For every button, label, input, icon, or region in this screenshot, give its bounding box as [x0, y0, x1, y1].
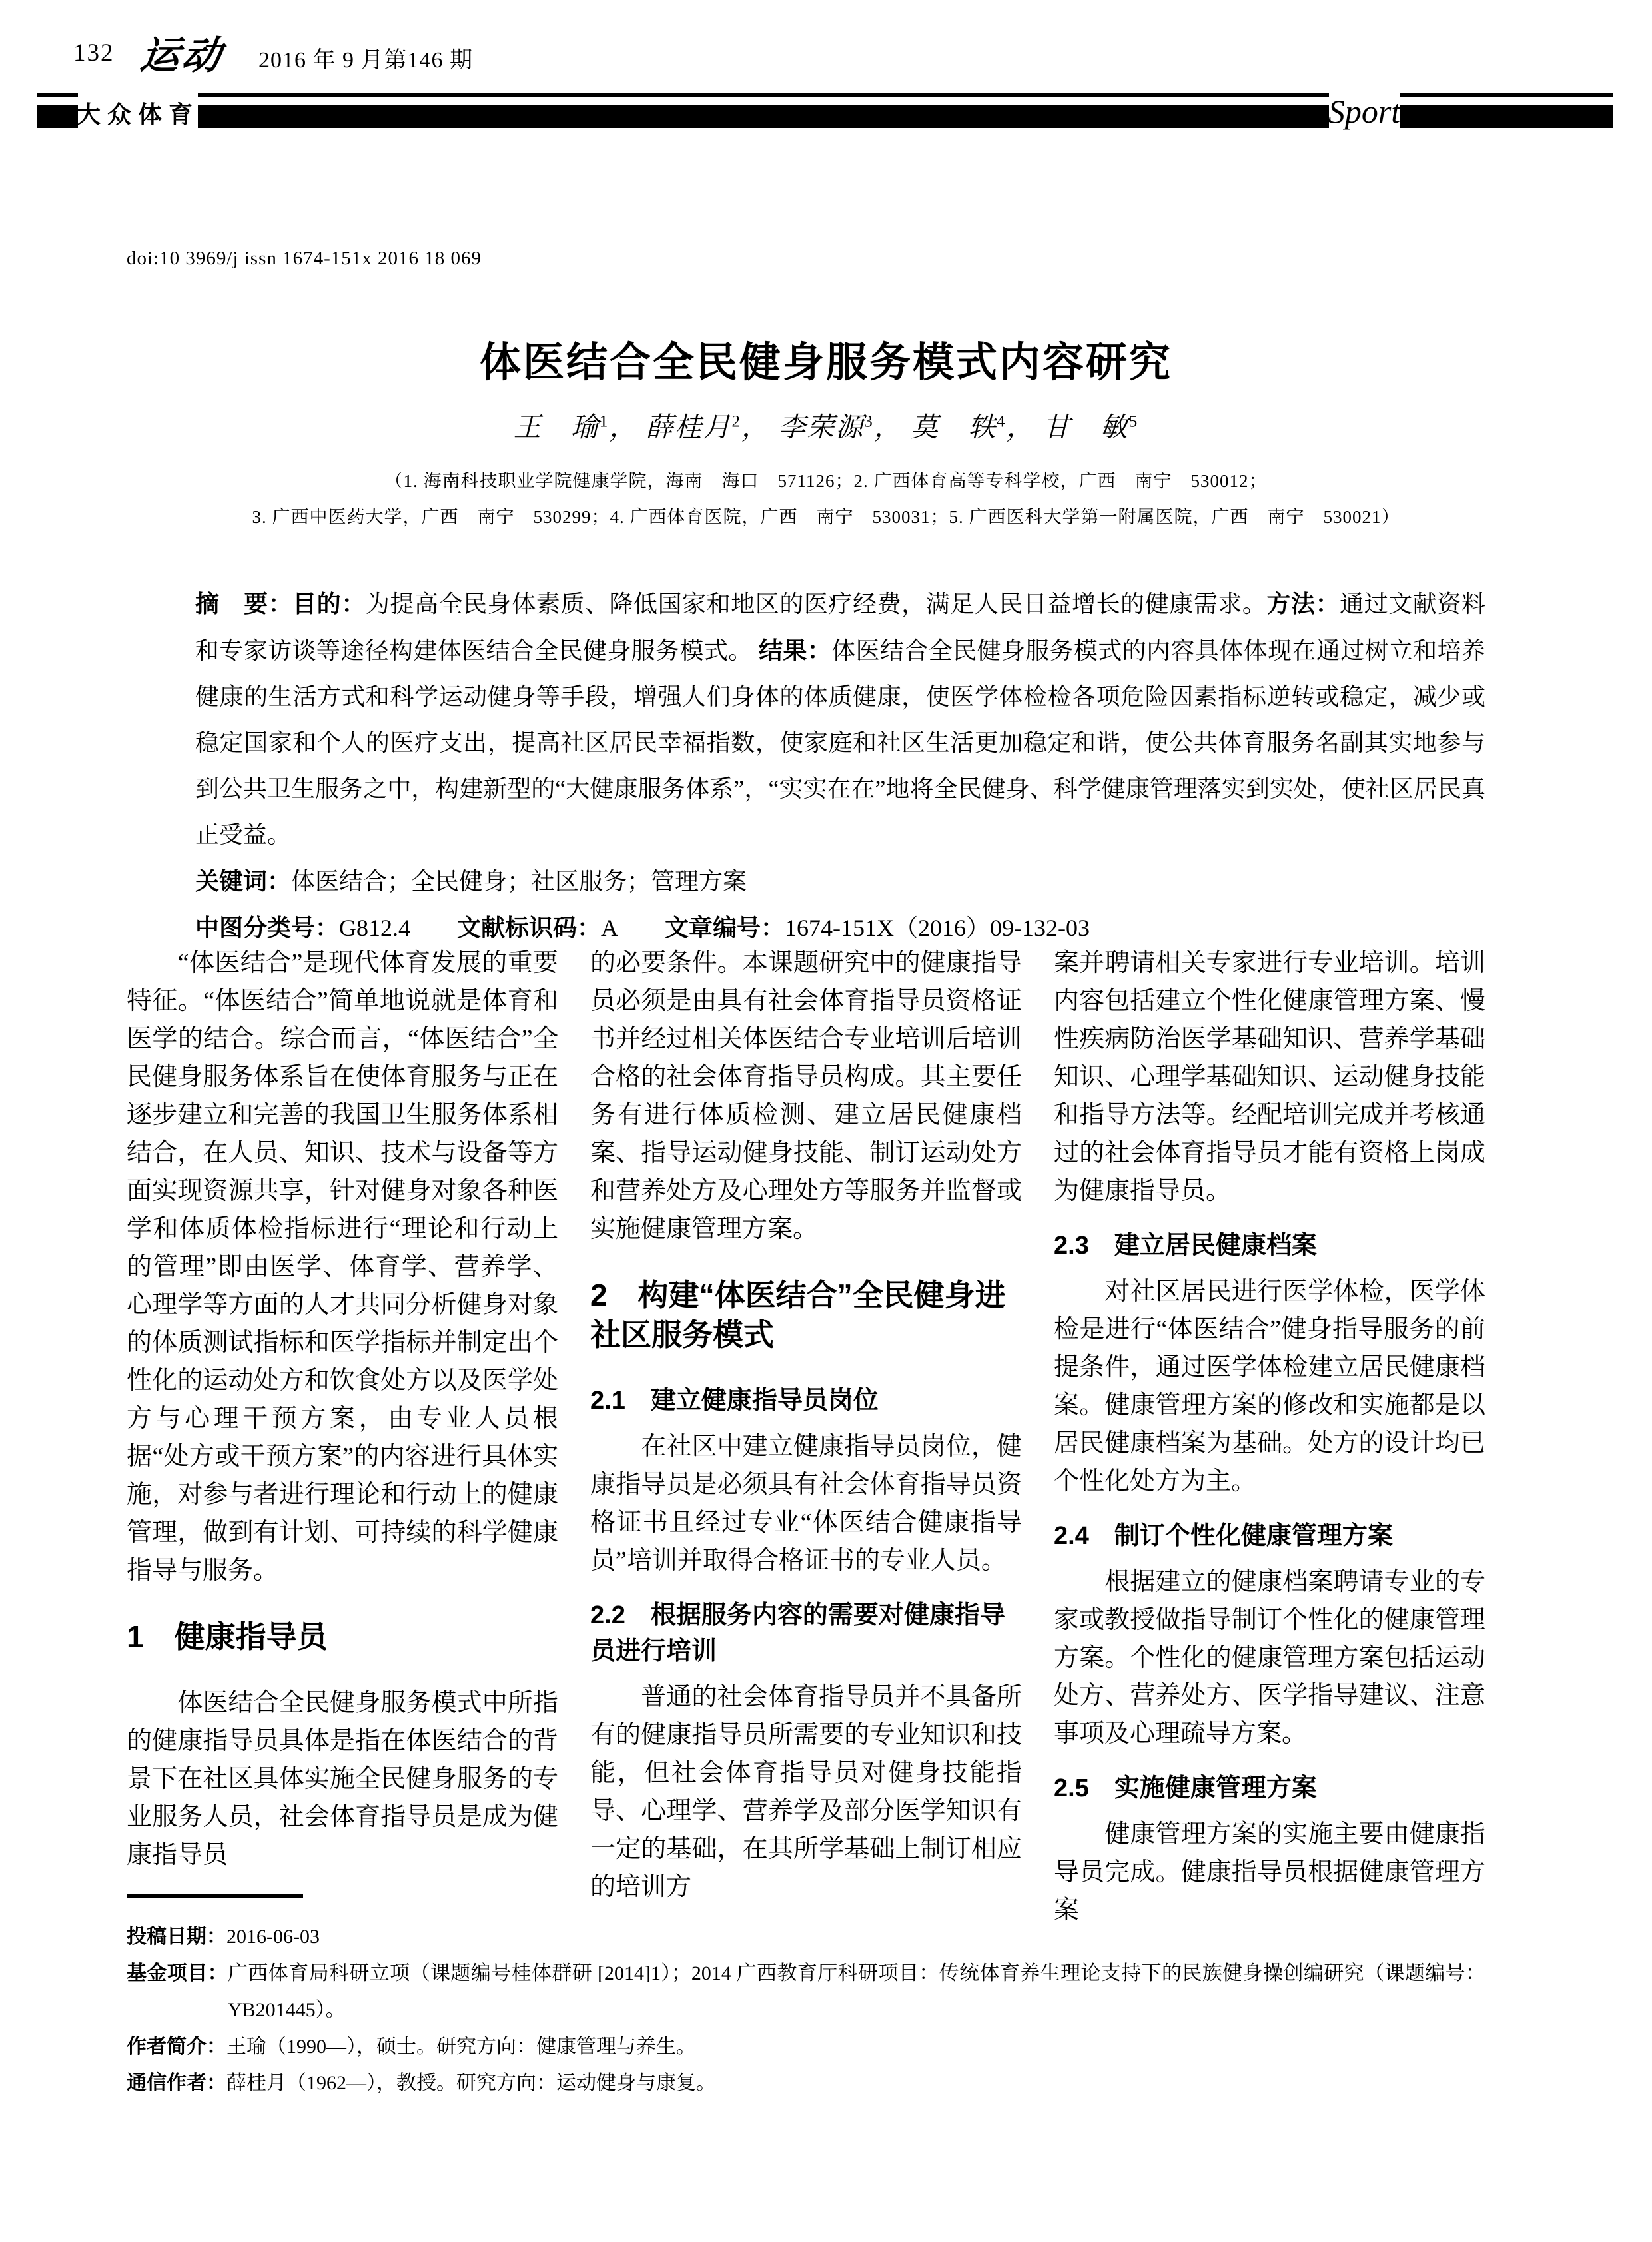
section-2-2-paragraph-cont: 案并聘请相关专家进行专业培训。培训内容包括建立个性化健康管理方案、慢性疾病防治医…: [1054, 944, 1485, 1210]
abstract-label: 摘 要：: [195, 590, 292, 617]
document-code: A: [601, 915, 618, 941]
footnote-rule: [127, 1894, 303, 1898]
keywords-label: 关键词：: [195, 867, 291, 895]
abstract-text: 摘 要：目的：为提高全民身体素质、降低国家和地区的医疗经费，满足人民日益增长的健…: [195, 581, 1485, 858]
paper-title: 体医结合全民健身服务模式内容研究: [0, 329, 1652, 388]
author-bio: 王瑜（1990—），硕士。研究方向：健康管理与养生。: [226, 2036, 696, 2057]
keywords-line: 关键词：体医结合；全民健身；社区服务；管理方案: [195, 858, 1485, 905]
issue-info: 2016 年 9 月第146 期: [258, 41, 473, 74]
fund-text: 广西体育局科研立项（课题编号桂体群研 [2014]1）；2014 广西教育厅科研…: [228, 1962, 1485, 2021]
page-number: 132: [73, 39, 115, 67]
intro-paragraph: “体医结合”是现代体育发展的重要特征。“体医结合”简单地说就是体育和医学的结合。…: [127, 944, 558, 1590]
author: 李荣源3，: [778, 412, 903, 442]
section-2-3-heading: 2.3 建立居民健康档案: [1054, 1228, 1485, 1264]
journal-logo: 运动: [137, 24, 228, 80]
purpose-label: 目的：: [292, 590, 366, 617]
section-2-1-heading: 2.1 建立健康指导员岗位: [590, 1383, 1022, 1419]
section-1-heading: 1 健康指导员: [127, 1617, 558, 1657]
corresponding-author: 薛桂月（1962—），教授。研究方向：运动健身与康复。: [226, 2072, 716, 2094]
received-date: 2016-06-03: [226, 1926, 320, 1948]
footnote-block: 投稿日期：2016-06-03 基金项目：广西体育局科研立项（课题编号桂体群研 …: [127, 1894, 1485, 2101]
doi-line: doi:10 3969/j issn 1674-151x 2016 18 069: [127, 248, 482, 270]
author: 薛桂月2，: [646, 412, 771, 442]
affiliation-line-2: 3. 广西中医药大学，广西 南宁 530299；4. 广西体育医院，广西 南宁 …: [0, 502, 1652, 528]
article-number: 1674-151X（2016）09-132-03: [785, 915, 1090, 941]
banner-section-title: 大众体育: [78, 93, 198, 128]
received-date-line: 投稿日期：2016-06-03: [127, 1918, 1485, 1955]
section-2-1-paragraph: 在社区中建立健康指导员岗位，健康指导员是必须具有社会体育指导员资格证书且经过专业…: [590, 1428, 1022, 1580]
section-1-paragraph: 体医结合全民健身服务模式中所指的健康指导员具体是指在体医结合的背景下在社区具体实…: [127, 1684, 558, 1874]
clc-number: G812.4: [339, 915, 410, 941]
author: 王 瑜1，: [514, 412, 638, 442]
section-2-2-paragraph: 普通的社会体育指导员并不具备所有的健康指导员所需要的专业知识和技能，但社会体育指…: [590, 1679, 1022, 1906]
result-label: 结果：: [759, 637, 831, 664]
column-3: 案并聘请相关专家进行专业培训。培训内容包括建立个性化健康管理方案、慢性疾病防治医…: [1054, 944, 1485, 1930]
section-2-3-paragraph: 对社区居民进行医学体检，医学体检是进行“体医结合”健身指导服务的前提条件，通过医…: [1054, 1273, 1485, 1501]
affiliation-line-1: （1. 海南科技职业学院健康学院，海南 海口 571126；2. 广西体育高等专…: [0, 466, 1652, 492]
banner-sport-label: Sport: [1329, 91, 1400, 136]
section-1-paragraph-cont: 的必要条件。本课题研究中的健康指导员必须是由具有社会体育指导员资格证书并经过相关…: [590, 944, 1022, 1248]
corresponding-author-line: 通信作者：薛桂月（1962—），教授。研究方向：运动健身与康复。: [127, 2065, 1485, 2101]
section-2-4-heading: 2.4 制订个性化健康管理方案: [1054, 1518, 1485, 1554]
section-2-2-heading: 2.2 根据服务内容的需要对健康指导员进行培训: [590, 1597, 1022, 1669]
section-2-heading: 2 构建“体医结合”全民健身进社区服务模式: [590, 1275, 1022, 1355]
section-2-5-heading: 2.5 实施健康管理方案: [1054, 1770, 1485, 1806]
author-line: 王 瑜1， 薛桂月2， 李荣源3， 莫 轶4， 甘 敏5: [0, 405, 1652, 444]
column-2: 的必要条件。本课题研究中的健康指导员必须是由具有社会体育指导员资格证书并经过相关…: [590, 944, 1022, 1930]
column-1: “体医结合”是现代体育发展的重要特征。“体医结合”简单地说就是体育和医学的结合。…: [127, 944, 558, 1930]
author: 莫 轶4，: [911, 412, 1035, 442]
method-label: 方法：: [1267, 590, 1340, 617]
paper-page: 132 运动 2016 年 9 月第146 期 大众体育 Sport doi:1…: [0, 0, 1652, 2242]
fund-line: 基金项目：广西体育局科研立项（课题编号桂体群研 [2014]1）；2014 广西…: [127, 1955, 1485, 2028]
article-body: “体医结合”是现代体育发展的重要特征。“体医结合”简单地说就是体育和医学的结合。…: [127, 944, 1485, 1930]
author: 甘 敏5: [1043, 412, 1139, 442]
section-banner: 大众体育 Sport: [37, 93, 1613, 128]
abstract-block: 摘 要：目的：为提高全民身体素质、降低国家和地区的医疗经费，满足人民日益增长的健…: [195, 581, 1485, 951]
section-2-4-paragraph: 根据建立的健康档案聘请专业的专家或教授做指导制订个性化的健康管理方案。个性化的健…: [1054, 1563, 1485, 1753]
author-bio-line: 作者简介：王瑜（1990—），硕士。研究方向：健康管理与养生。: [127, 2028, 1485, 2065]
